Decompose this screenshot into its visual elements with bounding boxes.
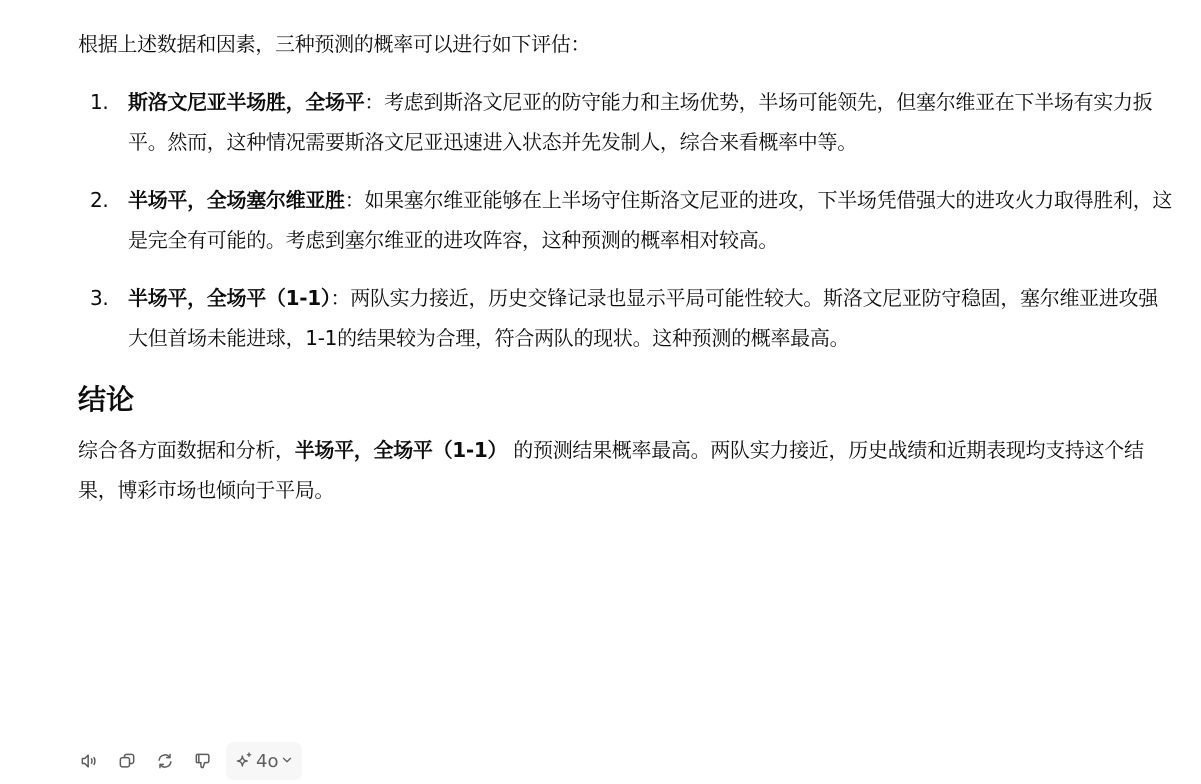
speaker-icon xyxy=(79,751,99,771)
separator: ： xyxy=(364,90,384,114)
bad-response-button[interactable] xyxy=(186,744,220,778)
read-aloud-button[interactable] xyxy=(72,744,106,778)
conclusion-highlight: 半场平，全场平（1-1） xyxy=(295,438,508,462)
chevron-down-icon xyxy=(280,751,294,772)
predictions-list: 1. 斯洛文尼亚半场胜，全场平：考虑到斯洛文尼亚的防守能力和主场优势，半场可能领… xyxy=(78,82,1173,358)
copy-button[interactable] xyxy=(110,744,144,778)
thumbs-down-icon xyxy=(193,751,213,771)
copy-icon xyxy=(117,751,137,771)
assistant-message: 根据上述数据和因素，三种预测的概率可以进行如下评估： 1. 斯洛文尼亚半场胜，全… xyxy=(78,24,1173,510)
list-item: 2. 半场平，全场塞尔维亚胜：如果塞尔维亚能够在上半场守住斯洛文尼亚的进攻，下半… xyxy=(78,180,1173,260)
list-number: 1. xyxy=(90,82,108,122)
message-actions: 4o xyxy=(72,740,302,782)
separator: ： xyxy=(331,286,351,310)
list-item: 1. 斯洛文尼亚半场胜，全场平：考虑到斯洛文尼亚的防守能力和主场优势，半场可能领… xyxy=(78,82,1173,162)
conclusion-heading: 结论 xyxy=(78,380,1173,420)
prediction-title: 半场平，全场塞尔维亚胜 xyxy=(128,188,345,212)
conclusion-text: 综合各方面数据和分析，半场平，全场平（1-1） 的预测结果概率最高。两队实力接近… xyxy=(78,430,1173,510)
list-item: 3. 半场平，全场平（1-1）：两队实力接近，历史交锋记录也显示平局可能性较大。… xyxy=(78,278,1173,358)
intro-text: 根据上述数据和因素，三种预测的概率可以进行如下评估： xyxy=(78,24,1173,64)
prediction-title: 半场平，全场平（1-1） xyxy=(128,286,331,310)
list-number: 3. xyxy=(90,278,108,318)
prediction-title: 斯洛文尼亚半场胜，全场平 xyxy=(128,90,364,114)
separator: ： xyxy=(345,188,365,212)
list-number: 2. xyxy=(90,180,108,220)
conclusion-prefix: 综合各方面数据和分析， xyxy=(78,438,295,462)
regenerate-icon xyxy=(155,751,175,771)
sparkle-icon xyxy=(234,751,254,771)
model-label: 4o xyxy=(256,751,278,772)
regenerate-button[interactable] xyxy=(148,744,182,778)
model-switcher-button[interactable]: 4o xyxy=(226,742,302,780)
